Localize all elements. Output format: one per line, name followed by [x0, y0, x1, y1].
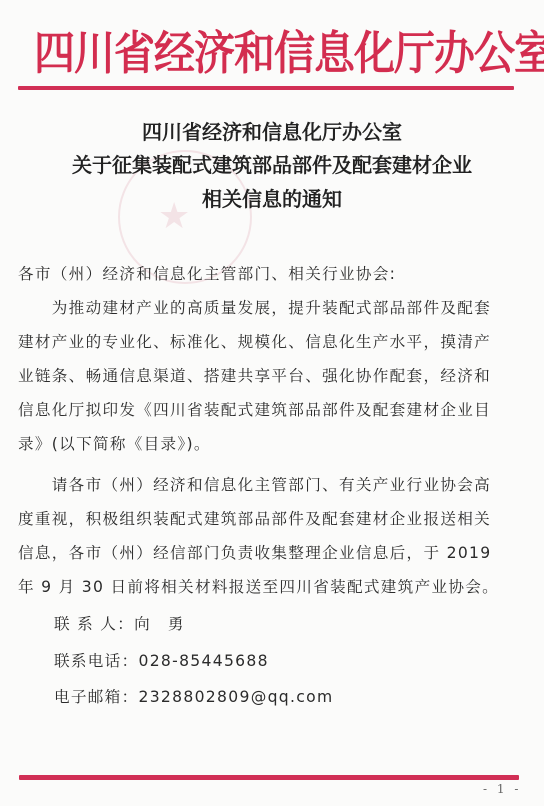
para1-line-2: 建材产业的专业化、标准化、规模化、信息化生产水平，摸清产: [18, 332, 520, 352]
contact-person-value: 向 勇: [134, 615, 185, 633]
para1-line-4: 信息化厅拟印发《四川省装配式建筑部品部件及配套建材企业目: [18, 400, 520, 420]
para2-line-1: 请各市（州）经济和信息化主管部门、有关产业行业协会高: [18, 475, 520, 495]
contact-phone-label: 联系电话：: [54, 652, 138, 670]
red-rule-top: [18, 86, 514, 90]
contact-email: 电子邮箱：2328802809@qq.com: [54, 687, 544, 707]
document-title-line-3: 相关信息的通知: [0, 184, 544, 214]
contact-person: 联 系 人：向 勇: [54, 614, 544, 634]
document-title-line-2: 关于征集装配式建筑部品部件及配套建材企业: [0, 150, 544, 180]
para1-line-1: 为推动建材产业的高质量发展，提升装配式部品部件及配套: [18, 298, 520, 318]
salutation: 各市（州）经济和信息化主管部门、相关行业协会:: [18, 264, 520, 284]
para1-line-3: 业链条、畅通信息渠道、搭建共享平台、强化协作配套，经济和: [18, 366, 520, 386]
red-rule-bottom: [19, 775, 519, 780]
contact-email-label: 电子邮箱：: [54, 688, 138, 706]
contact-person-label: 联 系 人：: [54, 615, 134, 633]
document-title-line-1: 四川省经济和信息化厅办公室: [0, 117, 544, 147]
page-number: - 1 -: [483, 782, 521, 796]
contact-phone: 联系电话：028-85445688: [54, 651, 544, 671]
masthead-title: 四川省经济和信息化厅办公室: [34, 22, 514, 85]
para2-line-2: 度重视，积极组织装配式建筑部品部件及配套建材企业报送相关: [18, 509, 520, 529]
para2-line-4: 年 9 月 30 日前将相关材料报送至四川省装配式建筑产业协会。: [18, 577, 520, 597]
para1-line-5: 录》(以下简称《目录》)。: [18, 434, 520, 454]
contact-email-value: 2328802809@qq.com: [138, 688, 333, 706]
para2-line-3: 信息，各市（州）经信部门负责收集整理企业信息后，于 2019: [18, 543, 520, 563]
document-page: 四川省经济和信息化厅办公室 ★ 四川省经济和信息化厅办公室 关于征集装配式建筑部…: [0, 0, 544, 806]
contact-phone-value: 028-85445688: [138, 652, 268, 670]
